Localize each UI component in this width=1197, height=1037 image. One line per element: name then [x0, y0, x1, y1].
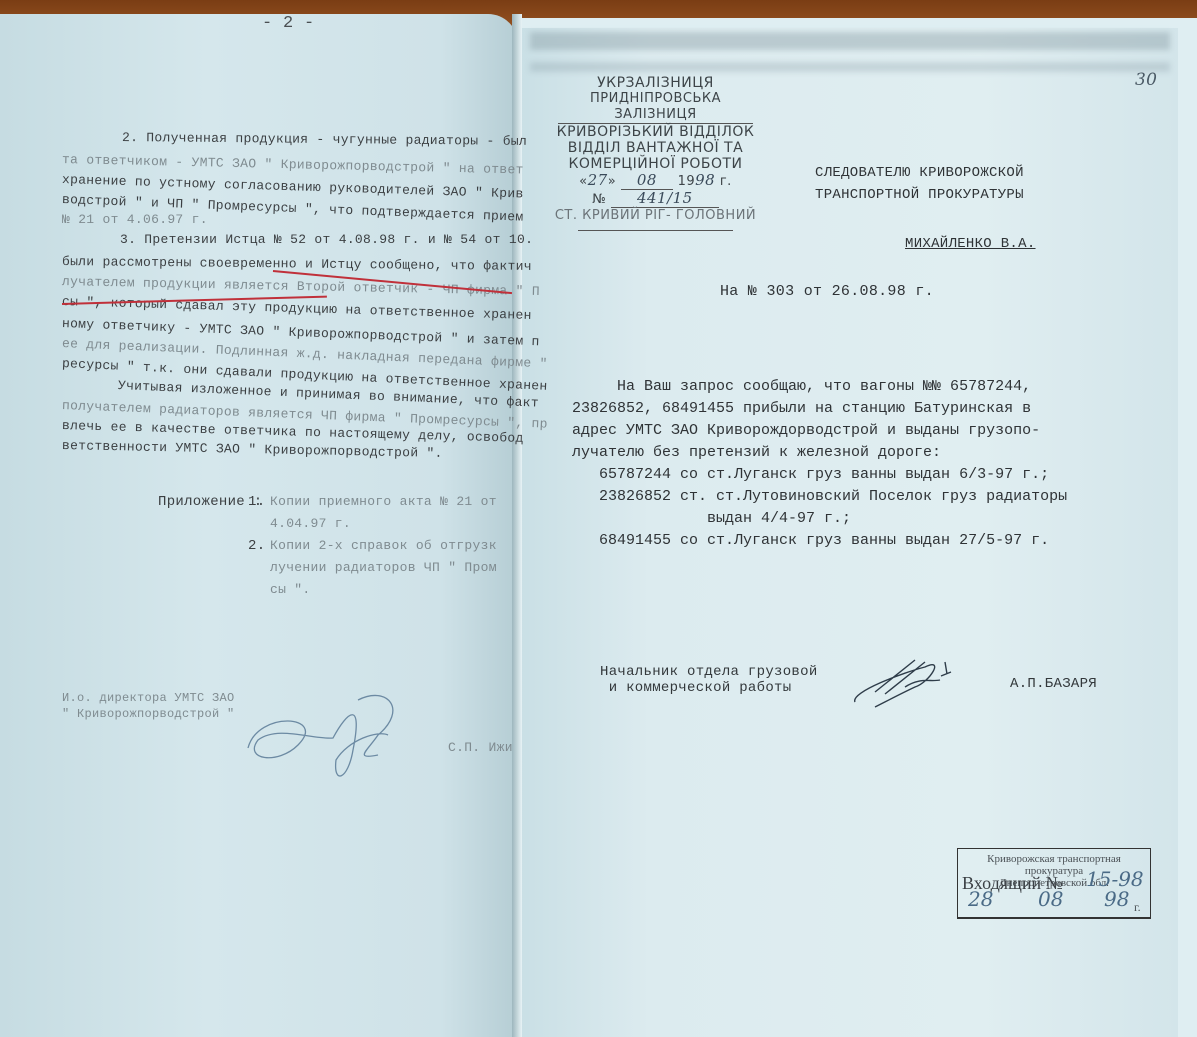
stamp-line: КОМЕРЦІЙНОЇ РОБОТИ	[548, 156, 763, 172]
addressee-name: МИХАЙЛЕНКО В.А.	[905, 236, 1036, 252]
attachment-line: лучении радиаторов ЧП " Пром	[270, 560, 497, 575]
stamp-date-suffix: г.	[720, 174, 732, 189]
stamp-incoming-number: 15-98	[1086, 873, 1144, 885]
attachment-line: Копии приемного акта № 21 от	[270, 494, 497, 509]
letter-body: На Ваш запрос сообщаю, что вагоны №№ 657…	[572, 376, 1067, 552]
stamp-date-year-prefix: 19	[678, 174, 696, 189]
letter-body-line: 23826852 ст. ст.Лутовиновский Поселок гр…	[572, 486, 1067, 508]
show-through-shadow	[530, 62, 1170, 72]
addressee-line: ТРАНСПОРТНОЙ ПРОКУРАТУРЫ	[815, 184, 1024, 206]
signature-title-line: Начальник отдела грузовой	[600, 664, 818, 680]
attachment-line: 4.04.97 г.	[270, 516, 351, 531]
signature-title-line: " Криворожпорводстрой "	[62, 706, 235, 722]
signature-title-line: И.о. директора УМТС ЗАО	[62, 690, 235, 706]
stamp-date-suffix: г.	[1134, 901, 1141, 913]
stamp-date-year: 98	[695, 171, 715, 189]
stamp-date-year: 98	[1104, 893, 1129, 905]
attachment-number: 2.	[248, 538, 265, 554]
attachment-line: Копии 2-х справок об отгрузк	[270, 538, 497, 553]
stamp-line: ПРИДНІПРОВСЬКА ЗАЛІЗНИЦЯ	[558, 91, 753, 124]
letter-body-line: 68491455 со ст.Луганск груз ванны выдан …	[572, 530, 1067, 552]
attachment-line: сы ".	[270, 582, 311, 597]
show-through-shadow	[530, 32, 1170, 50]
addressee-line: СЛЕДОВАТЕЛЮ КРИВОРОЖСКОЙ	[815, 162, 1024, 184]
railway-registration-stamp: УКРЗАЛІЗНИЦЯ ПРИДНІПРОВСЬКА ЗАЛІЗНИЦЯ КР…	[548, 75, 763, 231]
stamp-number-label: №	[592, 192, 606, 207]
letter-body-line: 65787244 со ст.Луганск груз ванны выдан …	[572, 464, 1067, 486]
left-signature-name: С.П. Ижи	[448, 740, 513, 755]
letter-body-line: адрес УМТС ЗАО Криворождорводстрой и выд…	[572, 420, 1067, 442]
left-text-line: № 21 от 4.06.97 г.	[62, 212, 208, 227]
handwritten-signature-left	[238, 690, 418, 790]
page-number: - 2 -	[262, 14, 315, 33]
signature-title-line: и коммерческой работы	[600, 680, 818, 696]
reference-line: На № 303 от 26.08.98 г.	[720, 283, 934, 300]
attachment-number: 1.	[248, 494, 265, 510]
stamp-date-row: «27» 08 1998 г.	[548, 172, 763, 190]
left-signature-title: И.о. директора УМТС ЗАО " Криворожпорвод…	[62, 690, 235, 722]
letter-body-line: лучателю без претензий к железной дороге…	[572, 442, 1067, 464]
prosecutor-incoming-stamp: Криворожская транспортная прокуратура Дн…	[957, 848, 1151, 919]
letter-body-line: выдан 4/4-97 г.;	[572, 508, 1067, 530]
stamp-line: КРИВОРІЗЬКИЙ ВІДДІЛОК	[548, 124, 763, 140]
letter-body-line: На Ваш запрос сообщаю, что вагоны №№ 657…	[572, 376, 1067, 398]
stamp-line: УКРЗАЛІЗНИЦЯ	[548, 75, 763, 91]
stamp-rule	[578, 230, 733, 231]
right-signature-name: А.П.БАЗАРЯ	[1010, 676, 1097, 692]
stamp-date-day: 28	[968, 893, 993, 905]
addressee: СЛЕДОВАТЕЛЮ КРИВОРОЖСКОЙ ТРАНСПОРТНОЙ ПР…	[815, 162, 1024, 206]
stamp-line: Криворожская транспортная	[958, 853, 1150, 865]
right-signature-title: Начальник отдела грузовой и коммерческой…	[600, 664, 818, 696]
stamp-date-day: 27	[588, 171, 608, 189]
stamp-date-month: 08	[621, 171, 673, 190]
stamp-line: ВІДДІЛ ВАНТАЖНОЇ ТА	[548, 140, 763, 156]
stamp-station: СТ. КРИВИЙ РІГ- ГОЛОВНИЙ	[548, 208, 763, 224]
left-text-line: 3. Претензии Истца № 52 от 4.08.98 г. и …	[120, 232, 533, 247]
stamp-number: 441/15	[611, 189, 719, 208]
letter-body-line: 23826852, 68491455 прибыли на станцию Ба…	[572, 398, 1067, 420]
stamp-number-row: № 441/15	[548, 190, 763, 208]
attachments-label: Приложение :	[158, 494, 262, 510]
folio-number: 30	[1135, 70, 1157, 90]
stamp-date-month: 08	[1038, 893, 1063, 905]
handwritten-signature-right	[845, 652, 965, 712]
